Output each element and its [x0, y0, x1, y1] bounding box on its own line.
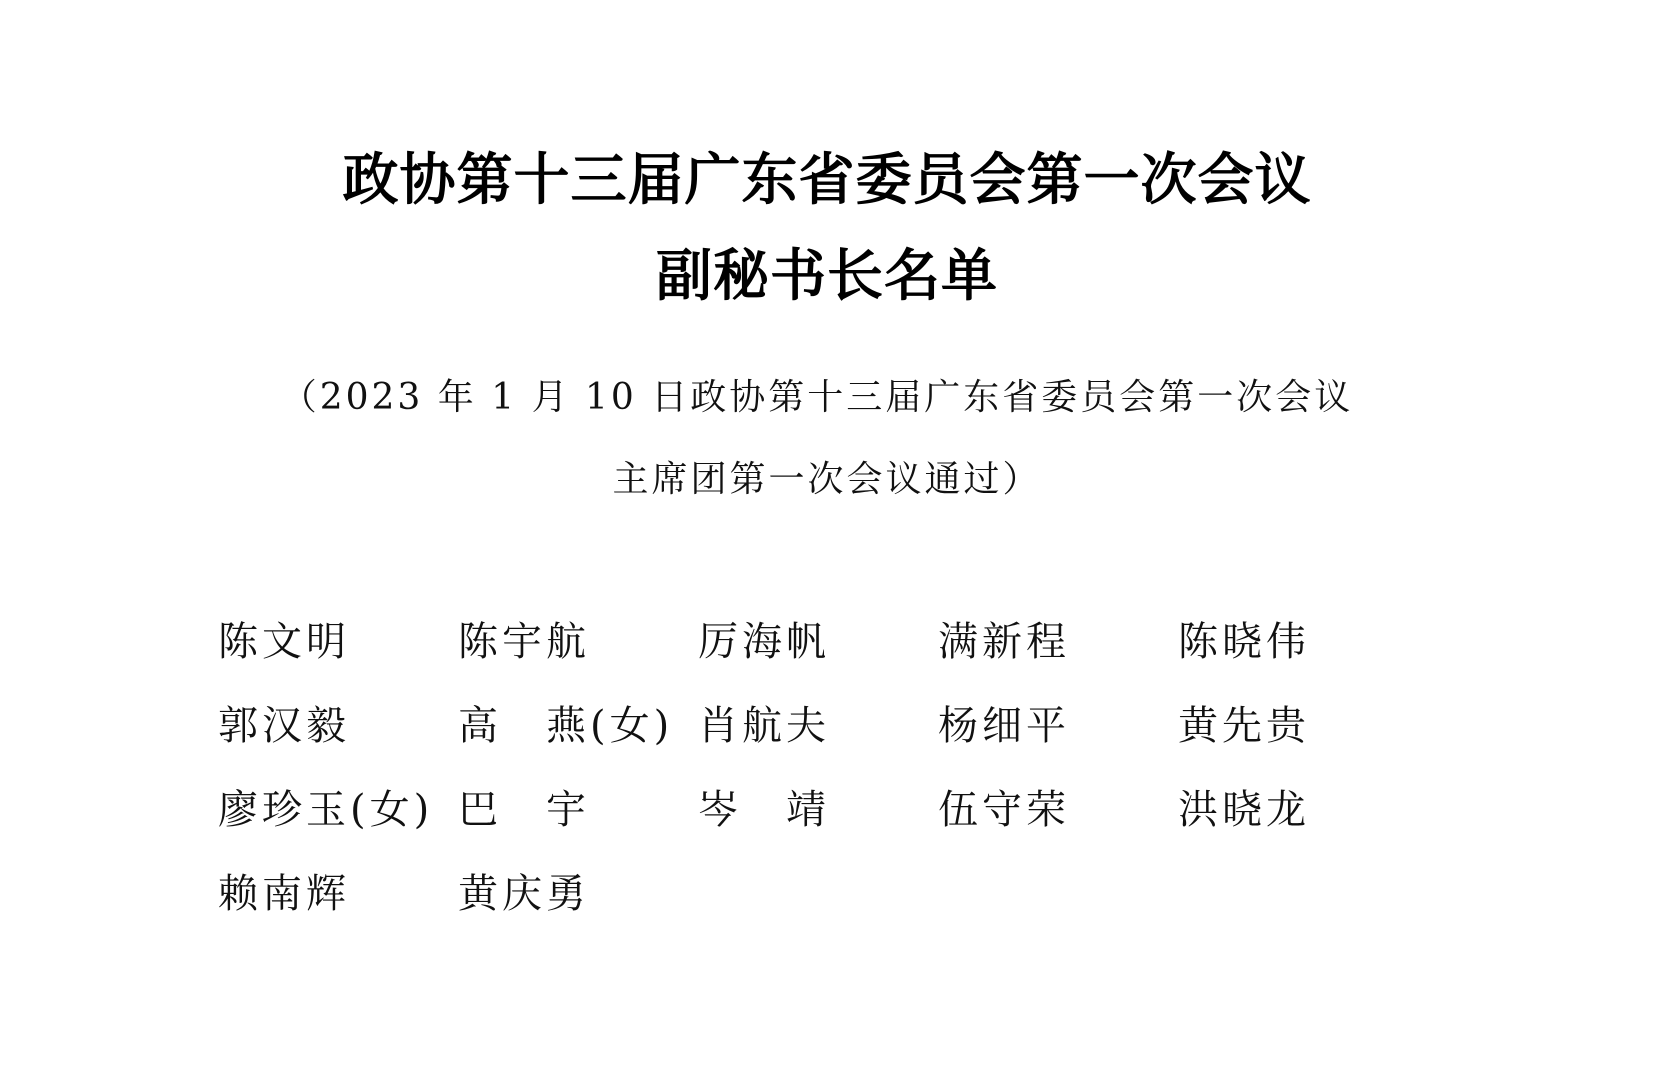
- name-entry: 满新程: [938, 622, 1070, 662]
- name-entry: 巴 宇: [458, 790, 590, 830]
- document-title-line-2: 副秘书长名单: [0, 248, 1654, 304]
- name-entry: 陈宇航: [458, 622, 590, 662]
- name-entry: 杨细平: [938, 706, 1070, 746]
- name-entry: 陈晓伟: [1178, 622, 1310, 662]
- name-entry: 陈文明: [218, 622, 350, 662]
- document-title-line-1: 政协第十三届广东省委员会第一次会议: [0, 152, 1654, 208]
- document-subtitle-line-2: 主席团第一次会议通过）: [0, 462, 1654, 498]
- document-subtitle-line-1: （2023 年 1 月 10 日政协第十三届广东省委员会第一次会议: [0, 380, 1644, 416]
- name-entry: 赖南辉: [218, 874, 350, 914]
- name-entry: 廖珍玉(女): [218, 790, 433, 830]
- name-entry: 洪晓龙: [1178, 790, 1310, 830]
- name-entry: 黄先贵: [1178, 706, 1310, 746]
- name-entry: 厉海帆: [698, 622, 830, 662]
- name-entry: 郭汉毅: [218, 706, 350, 746]
- name-entry: 黄庆勇: [458, 874, 590, 914]
- name-entry: 肖航夫: [698, 706, 830, 746]
- document-page: 政协第十三届广东省委员会第一次会议 副秘书长名单 （2023 年 1 月 10 …: [0, 0, 1654, 1091]
- name-entry: 高 燕(女): [458, 706, 673, 746]
- name-entry: 伍守荣: [938, 790, 1070, 830]
- name-entry: 岑 靖: [698, 790, 830, 830]
